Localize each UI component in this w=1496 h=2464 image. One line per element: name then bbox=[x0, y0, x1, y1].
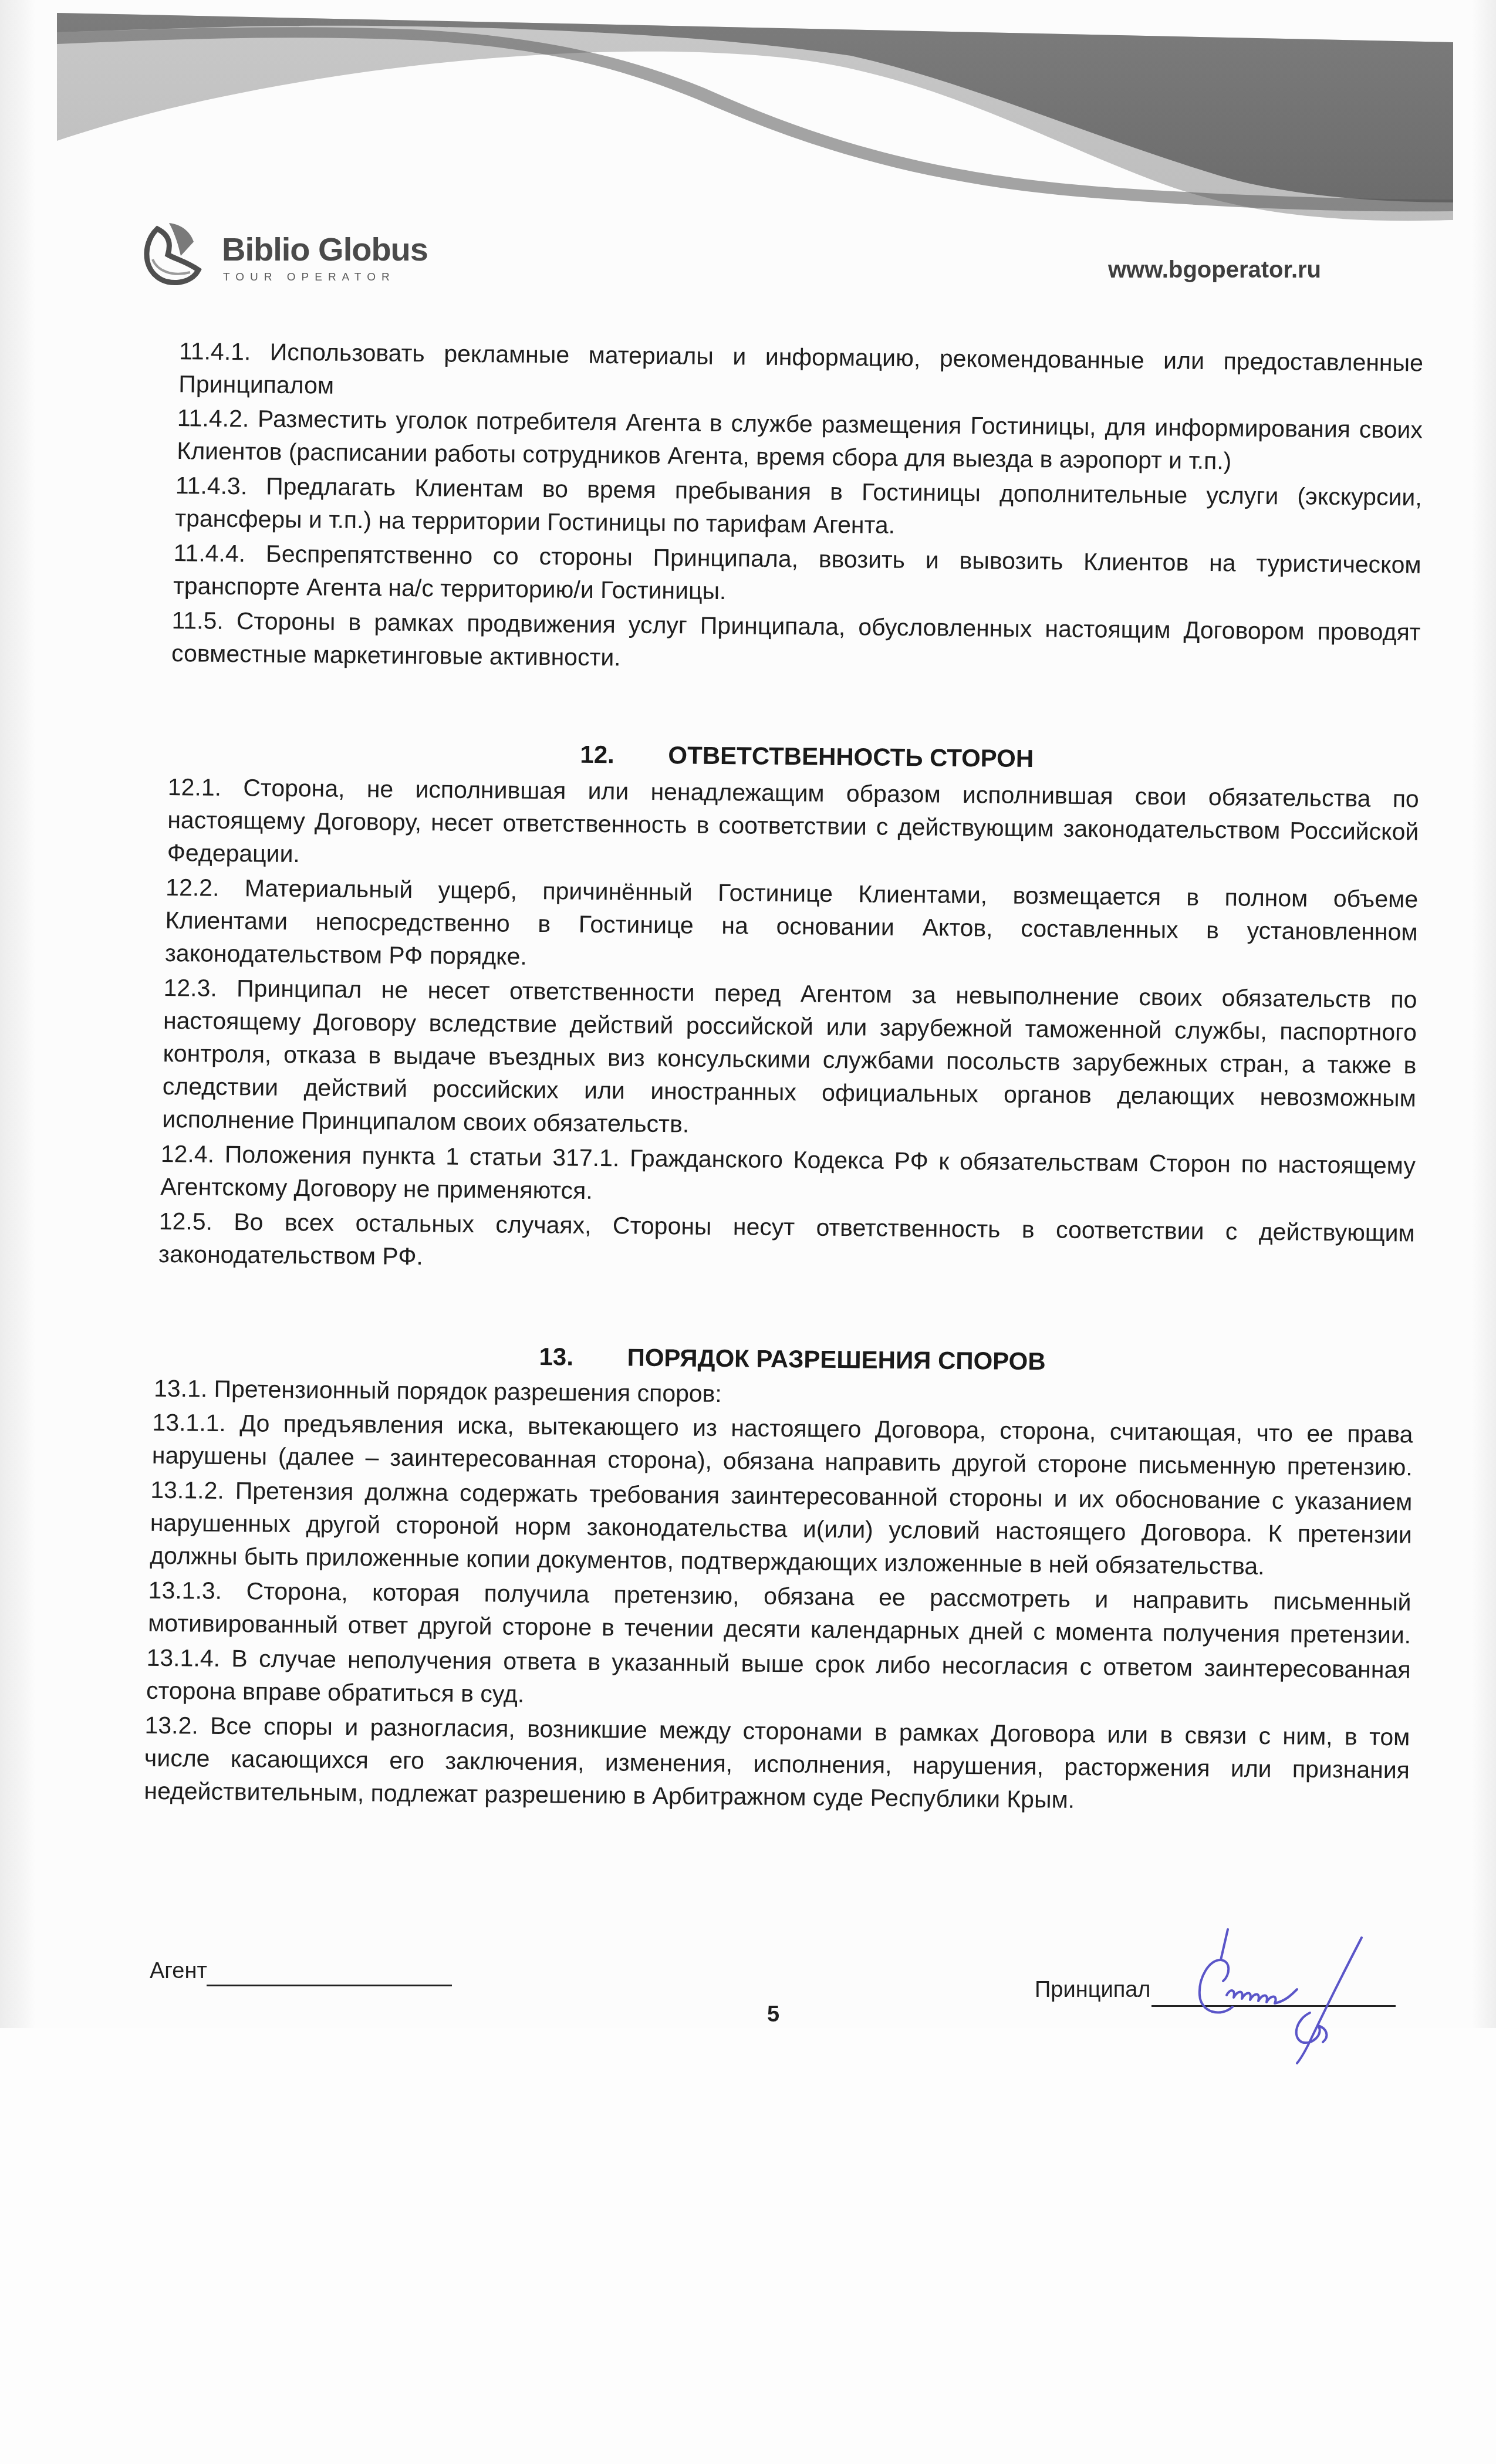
clause-13-2-line-3: недействительным, подлежат разрешению в … bbox=[144, 1777, 1075, 1814]
clause-11-5-line-2: совместные маркетинговые активности. bbox=[171, 639, 621, 671]
principal-handwritten-signature bbox=[1197, 1925, 1409, 2066]
clause-11-4-4-line-2: транспорте Агента на/с территорию/и Гост… bbox=[173, 572, 727, 605]
clause-13-1-1-line-2: нарушены (далее – заинтересованная сторо… bbox=[152, 1441, 1413, 1482]
clause-12-5-line-2: законодательством РФ. bbox=[158, 1240, 423, 1270]
section-12-heading: 12.ОТВЕТСТВЕННОСТЬ СТОРОН bbox=[580, 741, 1034, 773]
section-12-title: ОТВЕТСТВЕННОСТЬ СТОРОН bbox=[668, 741, 1034, 772]
section-12-number: 12. bbox=[580, 741, 668, 769]
document-body: 11.4.1. Использовать рекламные материалы… bbox=[0, 0, 1496, 2041]
clause-11-4-3-line-2: трансферы и т.п.) на территории Гостиниц… bbox=[175, 504, 895, 539]
clause-12-3-line-5: исполнение Принципалом своих обязательст… bbox=[162, 1105, 689, 1138]
clause-13-1-2-line-3: должны быть приложенные копии документов… bbox=[150, 1542, 1265, 1580]
section-13-heading: 13.ПОРЯДОК РАЗРЕШЕНИЯ СПОРОВ bbox=[539, 1343, 1046, 1375]
clause-12-1-line-2: настоящему Договору, несет ответственнос… bbox=[167, 806, 1419, 846]
principal-signature-label: Принципал bbox=[1035, 1978, 1151, 2003]
clause-12-1-line-3: Федерации. bbox=[167, 839, 300, 868]
clause-11-4-2-line-2: Клиентов (расписании работы сотрудников … bbox=[177, 437, 1231, 475]
clause-11-4-1-line-1: 11.4.1. Использовать рекламные материалы… bbox=[179, 337, 1423, 377]
clause-13-1-4-line-2: сторона вправе обратиться в суд. bbox=[146, 1677, 525, 1708]
clause-11-4-1-line-2: Принципалом bbox=[178, 370, 334, 400]
clause-13-1-3-line-2: мотивированный ответ другой стороне в те… bbox=[148, 1609, 1411, 1650]
section-13-title: ПОРЯДОК РАЗРЕШЕНИЯ СПОРОВ bbox=[627, 1344, 1046, 1375]
page-number: 5 bbox=[767, 2002, 779, 2027]
clause-12-4-line-2: Агентскому Договору не применяются. bbox=[160, 1172, 593, 1205]
scanned-page: Biblio Globus TOUR OPERATOR www.bgoperat… bbox=[0, 0, 1496, 2028]
clause-12-2-line-3: законодательством РФ порядке. bbox=[165, 939, 527, 971]
agent-signature-label: Агент bbox=[150, 1959, 207, 1984]
agent-signature-line bbox=[207, 1985, 452, 1986]
section-13-number: 13. bbox=[539, 1343, 627, 1371]
clause-13-1-line-1: 13.1. Претензионный порядок разрешения с… bbox=[154, 1374, 722, 1408]
